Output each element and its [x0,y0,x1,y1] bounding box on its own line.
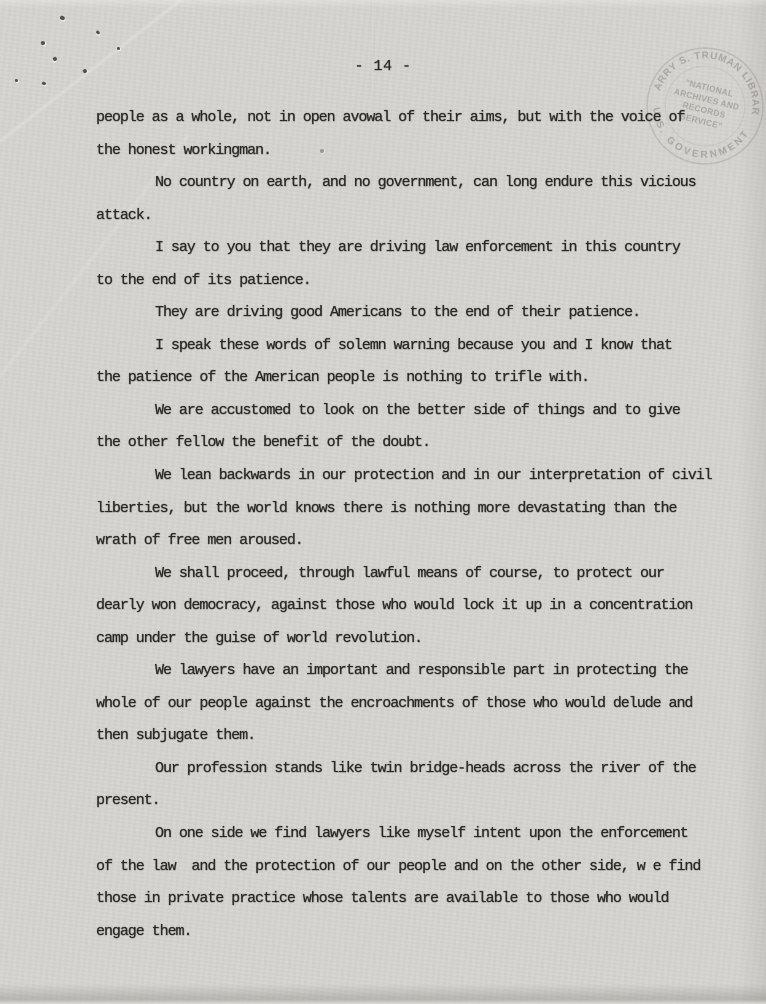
document-lines: people as a whole, not in open avowal of… [96,102,736,948]
text-line: people as a whole, not in open avowal of… [96,102,736,135]
text-line: the honest workingman. [96,135,736,168]
text-line: We lawyers have an important and respons… [96,655,736,688]
text-line: Our profession stands like twin bridge-h… [96,753,736,786]
text-line: of the law and the protection of our peo… [96,851,736,884]
text-line: to the end of its patience. [96,265,736,298]
text-line: liberties, but the world knows there is … [96,493,736,526]
text-line: I speak these words of solemn warning be… [96,330,736,363]
page-edge-shading [738,0,766,1004]
text-line: engage them. [96,916,736,949]
page-edge-shading [0,0,766,8]
page-bottom-edge [0,984,766,1004]
text-line: We are accustomed to look on the better … [96,395,736,428]
paper-speck [59,15,65,21]
text-line: wrath of free men aroused. [96,525,736,558]
text-line: We lean backwards in our protection and … [96,460,736,493]
text-line: the patience of the American people is n… [96,362,736,395]
text-line: camp under the guise of world revolution… [96,623,736,656]
paper-speck [41,41,46,46]
text-line: the other fellow the benefit of the doub… [96,427,736,460]
text-line: those in private practice whose talents … [96,883,736,916]
text-line: We shall proceed, through lawful means o… [96,558,736,591]
paper-speck [96,30,101,35]
text-line: attack. [96,200,736,233]
paper-speck [15,79,18,82]
text-line: I say to you that they are driving law e… [96,232,736,265]
paper-speck [42,82,47,86]
text-line: No country on earth, and no government, … [96,167,736,200]
paper-crease [371,0,374,94]
text-line: whole of our people against the encroach… [96,688,736,721]
document-page: - 14 - HARRY S. TRUMAN LIBRARY U.S. GOVE… [0,0,766,1004]
text-line: On one side we find lawyers like myself … [96,818,736,851]
text-line: They are driving good Americans to the e… [96,297,736,330]
text-line: dearly won democracy, against those who … [96,590,736,623]
text-line: then subjugate them. [96,720,736,753]
text-line: present. [96,785,736,818]
paper-speck [117,47,120,50]
